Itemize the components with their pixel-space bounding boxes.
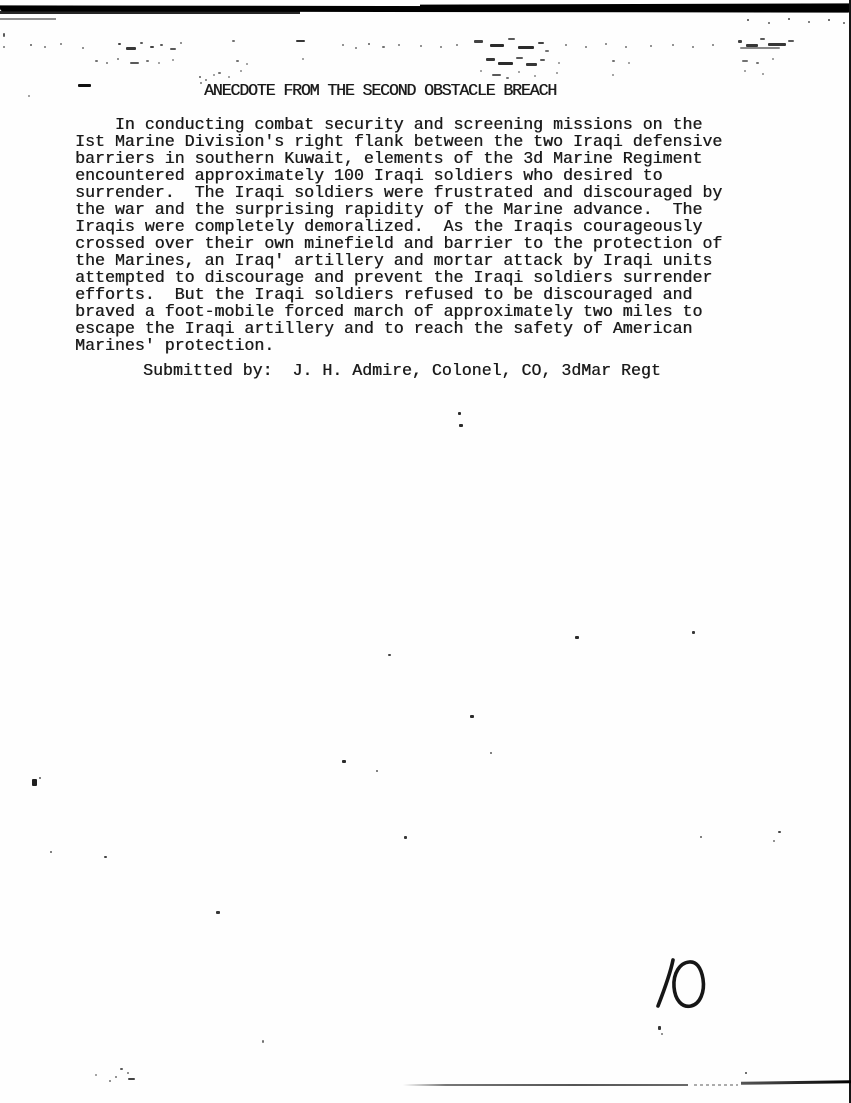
scan-speck (232, 40, 235, 42)
scan-speck (3, 33, 5, 37)
scan-speck (508, 38, 515, 40)
scan-speck (28, 95, 30, 97)
scan-speck (180, 42, 182, 44)
scan-speck (459, 424, 463, 427)
scan-speck (458, 412, 461, 415)
scan-speck (738, 40, 742, 43)
scan-speck (95, 60, 98, 62)
scan-speck (762, 73, 764, 75)
scan-speck (30, 44, 32, 46)
scan-speck (474, 40, 483, 43)
scan-speck (199, 76, 201, 78)
scan-speck (650, 45, 652, 47)
scan-speck (117, 58, 119, 60)
scan-speck (700, 836, 702, 838)
scan-speck (228, 76, 230, 78)
scan-speck (296, 40, 305, 42)
scan-speck (39, 777, 41, 779)
scan-speck (492, 74, 501, 76)
scan-speck (744, 70, 746, 72)
handwritten-page-number (645, 954, 717, 1014)
scan-speck (240, 70, 242, 72)
scan-speck (127, 1072, 129, 1074)
scan-speck (490, 44, 504, 47)
scan-speck (498, 62, 513, 65)
scan-speck (398, 44, 400, 46)
scan-speck (612, 60, 615, 62)
scan-speck (3, 46, 5, 48)
scan-speck (342, 44, 344, 46)
submitted-by-line: Submitted by: J. H. Admire, Colonel, CO,… (143, 361, 661, 380)
scan-speck (712, 44, 714, 46)
scan-speck (388, 654, 391, 656)
scan-speck (44, 46, 46, 48)
scan-speck (82, 47, 84, 49)
scan-speck (130, 62, 139, 64)
scan-speck (490, 752, 492, 754)
scan-speck (404, 836, 407, 839)
scan-speck (828, 19, 830, 21)
scan-speck (556, 72, 558, 74)
scan-artifact-top-thin-line (0, 18, 56, 20)
scan-speck (628, 62, 630, 64)
scan-speck (658, 1026, 661, 1030)
scan-speck (128, 1078, 135, 1080)
scan-speck (456, 44, 458, 46)
scan-speck (32, 779, 37, 786)
scan-speck (236, 60, 239, 62)
scan-speck (480, 70, 482, 72)
margin-dash-mark (78, 84, 91, 87)
scan-speck (262, 1040, 264, 1043)
scan-speck (526, 63, 537, 66)
scan-speck (778, 831, 781, 833)
scan-speck (625, 46, 627, 48)
scan-speck (772, 58, 774, 60)
scan-speck (440, 46, 442, 48)
scan-speck (661, 1033, 663, 1035)
scan-speck (104, 856, 107, 858)
scan-speck (172, 59, 174, 61)
scan-speck (518, 71, 520, 73)
scan-speck (60, 43, 62, 45)
scan-speck (140, 42, 143, 44)
scan-speck (672, 44, 674, 46)
scan-speck (692, 631, 695, 634)
scan-artifact-bottom-line (403, 1084, 688, 1086)
scan-speck (200, 82, 202, 84)
scan-speck (115, 1076, 117, 1078)
scan-speck (605, 43, 607, 45)
scan-speck (376, 770, 378, 772)
document-title: ANECDOTE FROM THE SECOND OBSTACLE BREACH (204, 81, 556, 100)
scan-speck (742, 60, 748, 62)
scan-speck (218, 72, 221, 74)
scan-speck (246, 63, 248, 65)
scan-speck (158, 62, 160, 64)
scan-speck (518, 46, 534, 49)
scanned-page: ANECDOTE FROM THE SECOND OBSTACLE BREACH… (0, 0, 851, 1103)
scan-speck (150, 46, 154, 48)
scan-speck (95, 1074, 97, 1076)
scan-speck (808, 21, 810, 23)
scan-speck (486, 58, 495, 61)
scan-speck (50, 851, 52, 853)
scan-speck (213, 74, 215, 76)
scan-speck (216, 911, 220, 914)
scan-speck (106, 62, 108, 64)
scan-speck (585, 46, 587, 48)
scan-speck (118, 43, 121, 45)
scan-speck (788, 40, 794, 42)
scan-speck (756, 62, 759, 64)
scan-speck (768, 22, 770, 24)
scan-speck (768, 43, 786, 46)
scan-speck (745, 1072, 747, 1074)
scan-speck (302, 58, 304, 60)
scan-speck (146, 60, 149, 62)
document-body: In conducting combat security and screen… (75, 116, 722, 354)
scan-speck (773, 840, 775, 842)
scan-speck (342, 760, 346, 763)
scan-speck (470, 715, 474, 718)
scan-speck (534, 75, 536, 77)
scan-speck (760, 38, 765, 40)
scan-artifact-top-bar-left (0, 11, 300, 14)
scan-speck (565, 44, 567, 46)
scan-speck (843, 22, 845, 24)
scan-speck (355, 47, 357, 49)
scan-speck (575, 636, 579, 639)
scan-speck (558, 62, 560, 64)
scan-speck (126, 47, 136, 50)
scan-speck (120, 1068, 123, 1070)
scan-artifact-bottom-line-dark (741, 1080, 851, 1085)
scan-speck (420, 45, 422, 47)
scan-speck (368, 43, 370, 45)
scan-speck (516, 57, 523, 59)
scan-speck (540, 59, 545, 61)
scan-speck (788, 18, 790, 20)
scan-speck (109, 1080, 111, 1082)
scan-speck (382, 46, 385, 48)
scan-speck (170, 48, 176, 50)
scan-speck (747, 19, 749, 21)
scan-speck (160, 44, 163, 46)
scan-speck (740, 47, 780, 49)
scan-speck (506, 77, 509, 79)
scan-speck (612, 74, 614, 76)
scan-speck (538, 42, 544, 44)
scan-speck (692, 46, 694, 48)
scan-speck (545, 50, 549, 52)
scan-artifact-bottom-line-dots (694, 1084, 738, 1086)
